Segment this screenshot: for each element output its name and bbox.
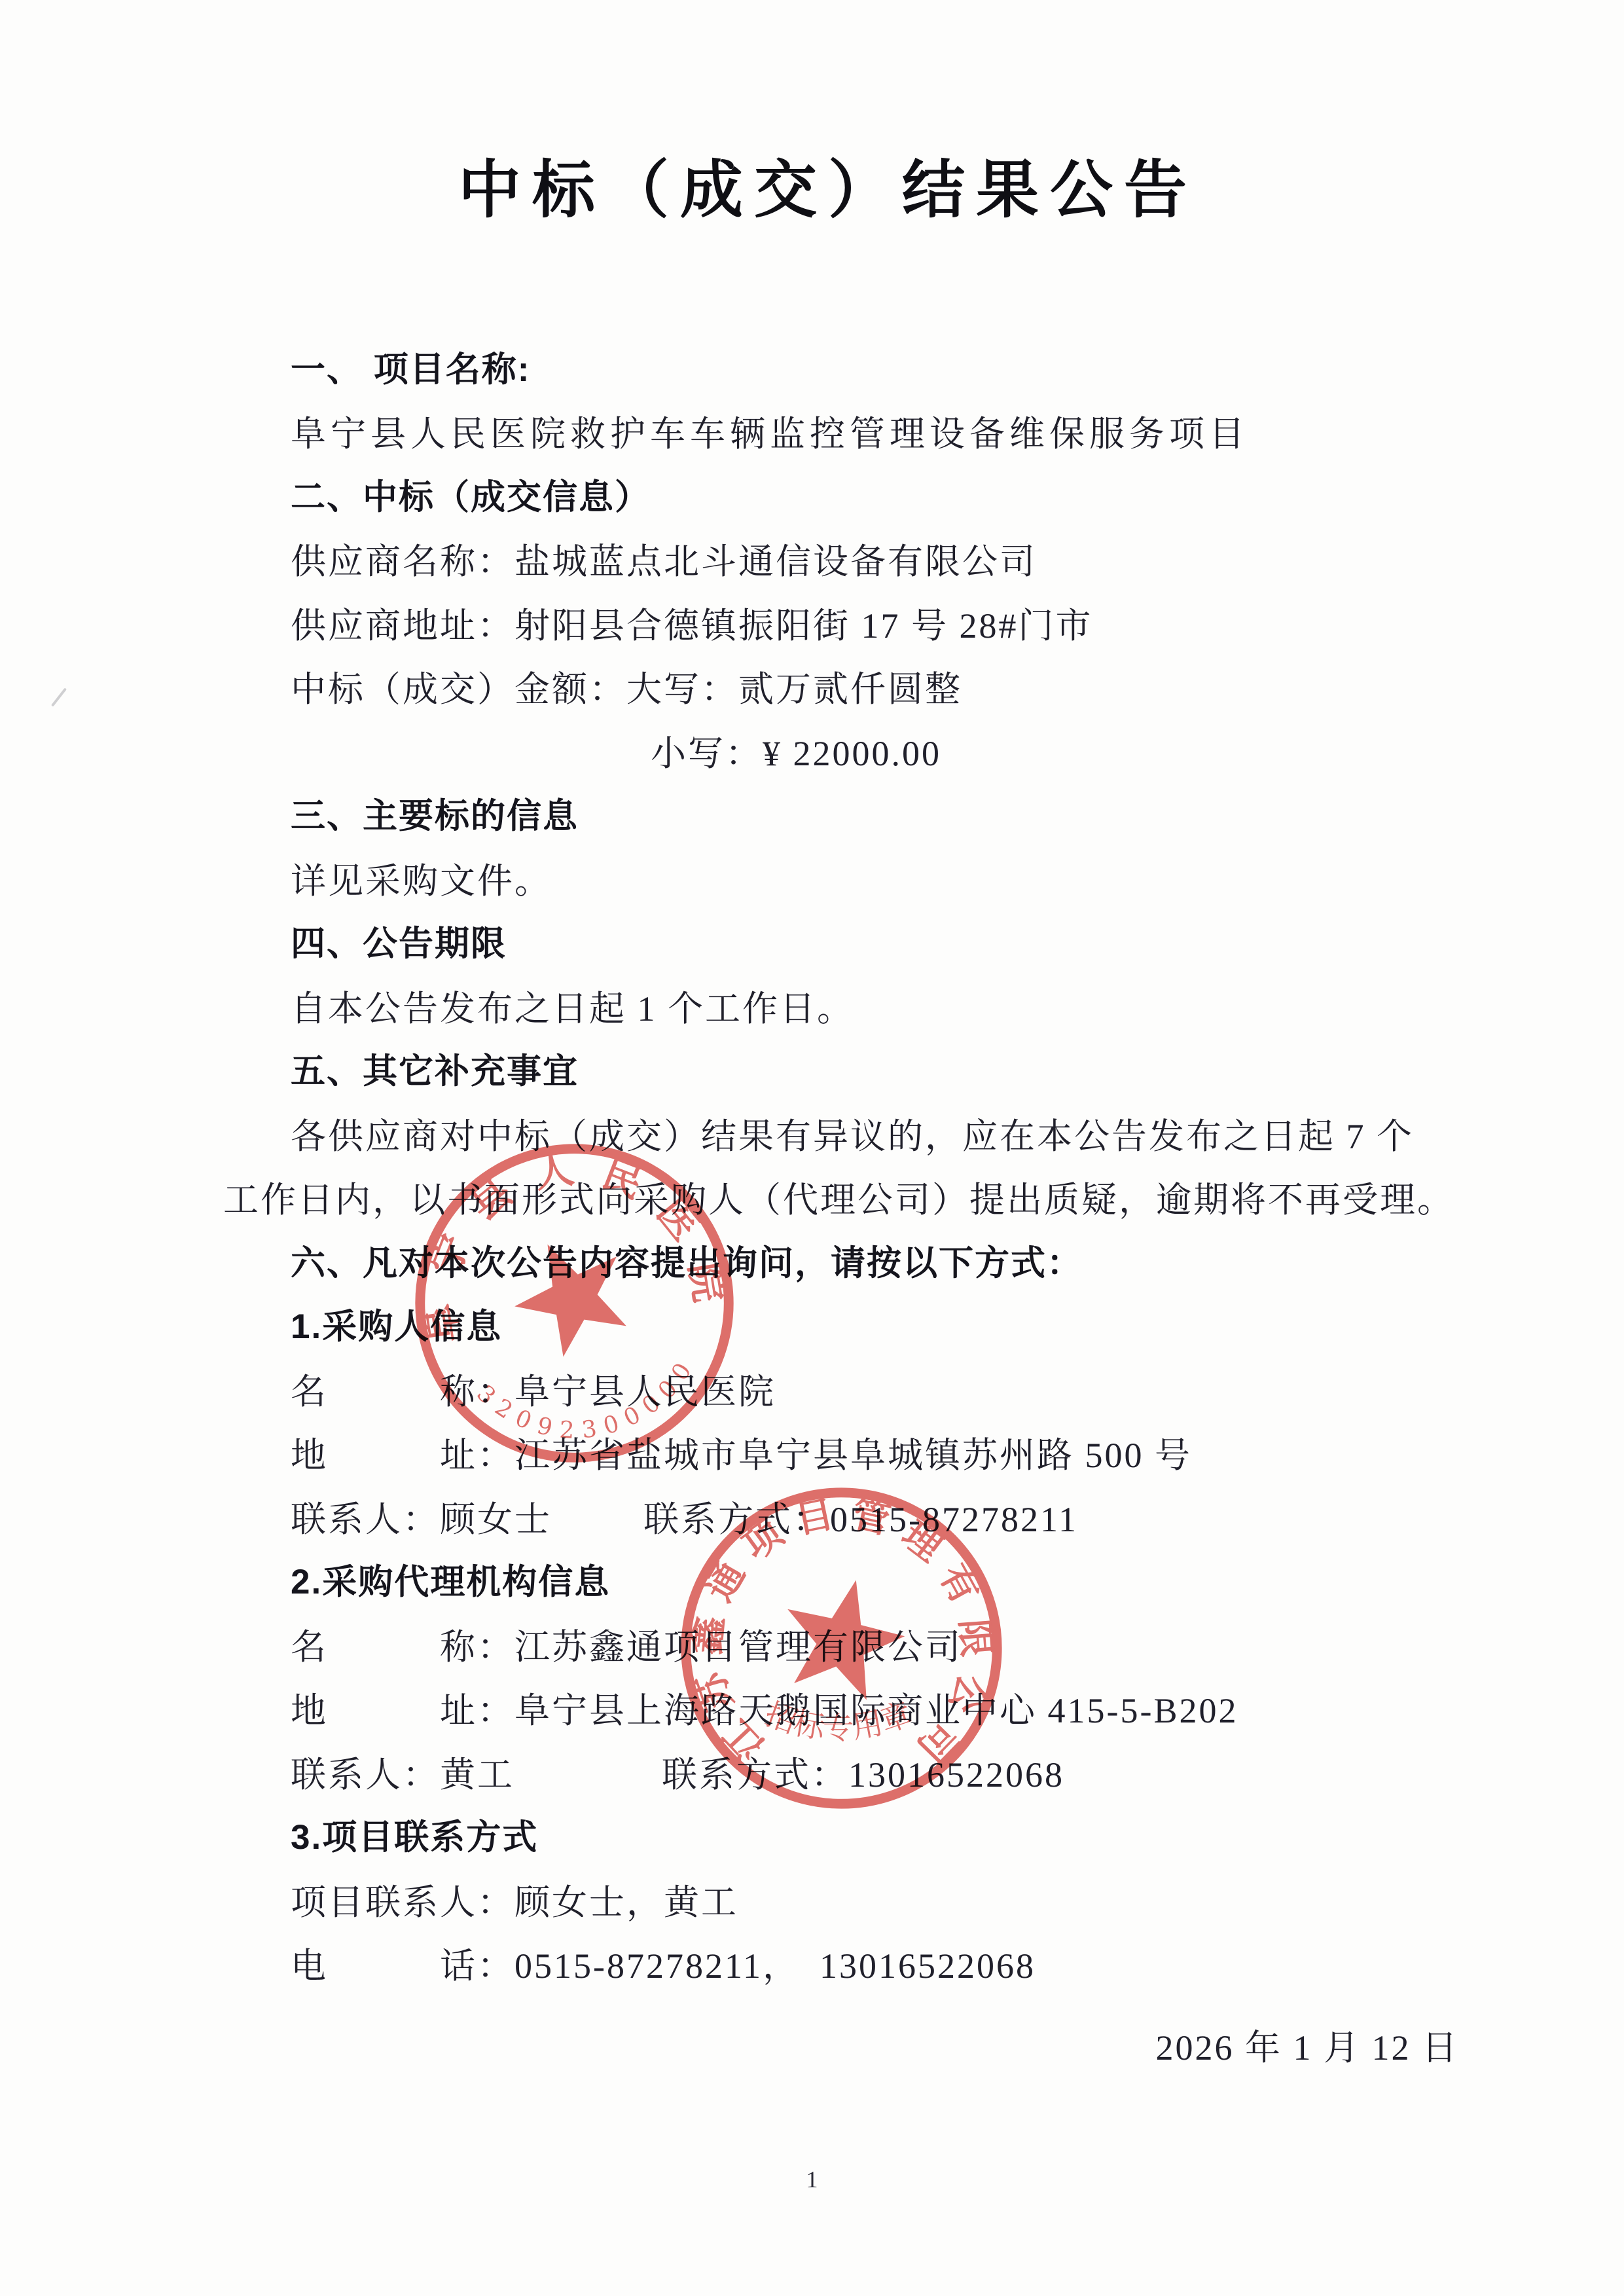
- agency-name-line: 名 称：江苏鑫通项目管理有限公司: [291, 1627, 962, 1667]
- agency-name-value: 江苏鑫通项目管理有限公司: [514, 1628, 962, 1667]
- agency-contact-value: 黄工: [440, 1755, 514, 1795]
- project-contact-heading: 3.项目联系方式: [291, 1818, 538, 1858]
- purchaser-contact-label: 联系人：: [291, 1500, 440, 1539]
- section4-heading: 四、公告期限: [291, 924, 507, 964]
- project-contacts-label: 项目联系人：: [291, 1883, 514, 1922]
- amount-lowercase-line: 小写：¥ 22000.00: [651, 733, 941, 774]
- supplier-address-value: 射阳县合德镇振阳街 17 号 28#门市: [514, 606, 1093, 646]
- supplier-name-value: 盐城蓝点北斗通信设备有限公司: [514, 542, 1037, 581]
- agency-address-label: 地 址：: [291, 1691, 514, 1730]
- amount-lowercase-label: 小写：: [651, 734, 763, 773]
- agency-info-heading: 2.采购代理机构信息: [291, 1563, 610, 1603]
- purchaser-info-heading: 1.采购人信息: [291, 1307, 502, 1347]
- project-phone-label: 电 话：: [291, 1946, 514, 1986]
- project-contacts-line: 项目联系人：顾女士，黄工: [291, 1882, 738, 1923]
- supplier-address-label: 供应商地址：: [291, 606, 514, 646]
- purchaser-address-label: 地 址：: [291, 1436, 514, 1475]
- agency-contact-method-value: 13016522068: [848, 1755, 1064, 1795]
- amount-uppercase-value: 贰万贰仟圆整: [738, 670, 962, 709]
- section5-body-line1: 各供应商对中标（成交）结果有异议的，应在本公告发布之日起 7 个: [291, 1116, 1414, 1157]
- purchaser-name-value: 阜宁县人民医院: [514, 1372, 776, 1412]
- agency-address-value: 阜宁县上海路天鹅国际商业中心 415-5-B202: [514, 1691, 1238, 1730]
- star-icon: [497, 1220, 646, 1366]
- purchaser-contact-method-label: 联系方式：: [643, 1499, 830, 1540]
- agency-contact-method-label: 联系方式：: [662, 1755, 848, 1795]
- project-phone-value: 0515-87278211， 13016522068: [514, 1946, 1036, 1986]
- agency-contact-label: 联系人：: [291, 1755, 440, 1795]
- supplier-address-line: 供应商地址：射阳县合德镇振阳街 17 号 28#门市: [291, 606, 1093, 646]
- section2-heading: 二、中标（成交信息）: [291, 478, 651, 518]
- section5-heading: 五、其它补充事宜: [291, 1052, 579, 1092]
- supplier-name-label: 供应商名称：: [291, 542, 514, 581]
- supplier-name-line: 供应商名称：盐城蓝点北斗通信设备有限公司: [291, 541, 1037, 582]
- announcement-page: 中标（成交）结果公告 一、 项目名称: 阜宁县人民医院救护车车辆监控管理设备维保…: [0, 0, 1624, 2296]
- purchaser-name-label: 名 称：: [291, 1372, 514, 1412]
- amount-uppercase-label: 大写：: [626, 670, 738, 709]
- page-number: 1: [0, 2166, 1624, 2193]
- scan-smudge-mark: [51, 687, 67, 706]
- purchaser-contact-line: 联系人：顾女士联系方式：0515-87278211: [291, 1499, 1078, 1540]
- section3-heading: 三、主要标的信息: [291, 797, 579, 837]
- section3-body: 详见采购文件。: [291, 861, 552, 902]
- section1-heading: 一、 项目名称:: [291, 350, 530, 390]
- page-title: 中标（成交）结果公告: [458, 159, 1198, 222]
- project-contacts-value: 顾女士，黄工: [514, 1883, 738, 1922]
- project-name: 阜宁县人民医院救护车车辆监控管理设备维保服务项目: [291, 414, 1249, 454]
- project-phone-line: 电 话：0515-87278211， 13016522068: [291, 1946, 1036, 1986]
- purchaser-address-line: 地 址：江苏省盐城市阜宁县阜城镇苏州路 500 号: [291, 1435, 1192, 1476]
- purchaser-name-line: 名 称：阜宁县人民医院: [291, 1372, 776, 1412]
- section4-body: 自本公告发布之日起 1 个工作日。: [291, 989, 854, 1029]
- section6-heading: 六、凡对本次公告内容提出询问，请按以下方式：: [291, 1244, 1083, 1284]
- purchaser-contact-method-value: 0515-87278211: [830, 1500, 1078, 1539]
- amount-uppercase-line: 中标（成交）金额：大写：贰万贰仟圆整: [291, 669, 962, 710]
- agency-name-label: 名 称：: [291, 1628, 514, 1667]
- amount-lowercase-value: ¥ 22000.00: [763, 734, 941, 773]
- purchaser-contact-value: 顾女士: [440, 1500, 552, 1539]
- purchaser-address-value: 江苏省盐城市阜宁县阜城镇苏州路 500 号: [514, 1436, 1192, 1475]
- announcement-date: 2026 年 1 月 12 日: [1156, 2020, 1460, 2070]
- section5-body-line2: 工作日内，以书面形式向采购人（代理公司）提出质疑，逾期将不再受理。: [223, 1180, 1454, 1220]
- amount-label: 中标（成交）金额：: [291, 670, 626, 709]
- agency-contact-line: 联系人：黄工联系方式：13016522068: [291, 1755, 1064, 1795]
- agency-address-line: 地 址：阜宁县上海路天鹅国际商业中心 415-5-B202: [291, 1690, 1238, 1731]
